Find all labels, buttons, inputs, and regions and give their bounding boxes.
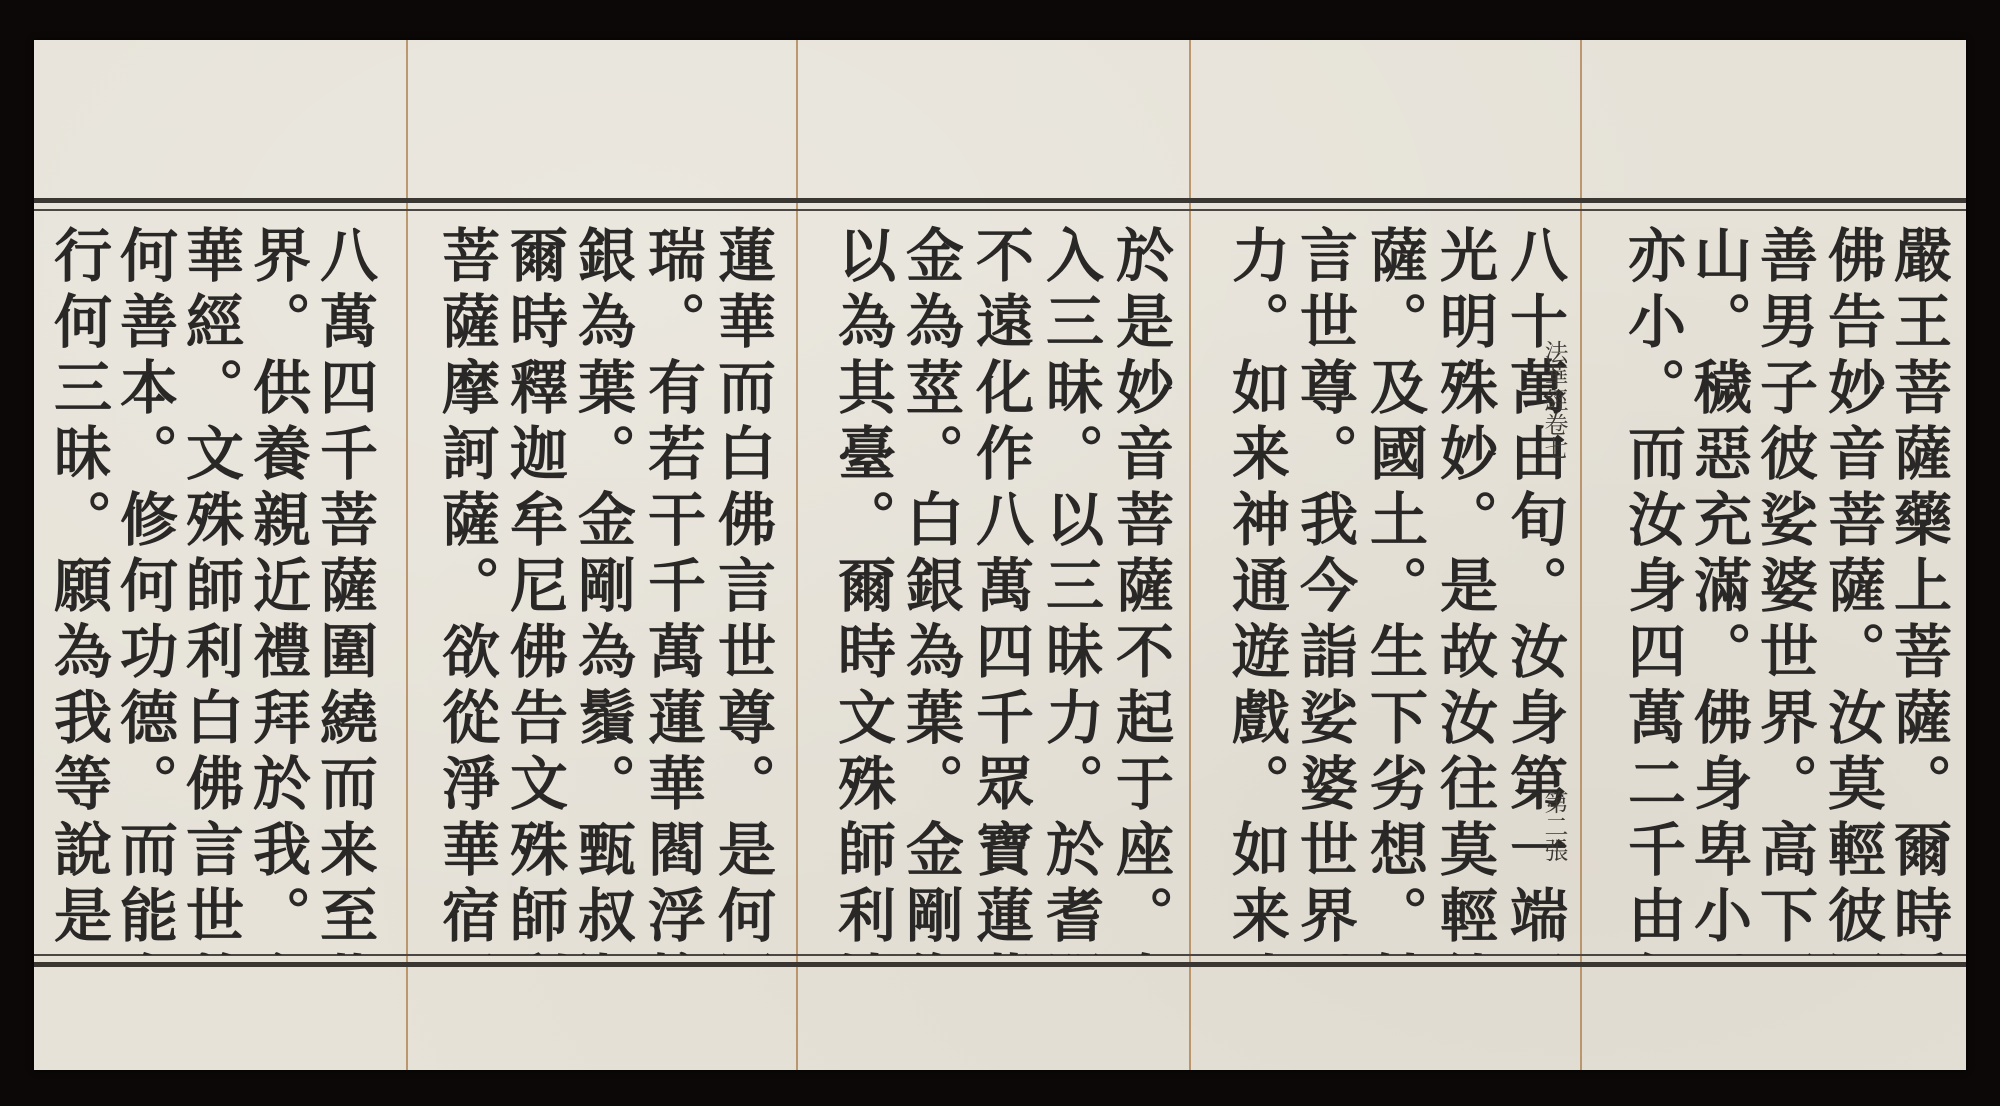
text-column: 山。穢惡充滿。佛身卑小。諸菩薩眾。其形 — [1680, 225, 1756, 955]
paper-sheet: 八萬四千菩薩圍繞而来至此娑婆世 界。供養親近禮拜於我。亦欲供養聽法 華經。文殊師… — [34, 40, 1966, 1070]
text-column: 佛告妙音菩薩。汝莫輕彼國生下劣想。 — [1814, 225, 1890, 955]
top-border-thick — [34, 198, 1966, 203]
fold-line — [796, 40, 798, 1070]
text-column: 薩。及國土。生下劣想。妙音菩薩白其佛 — [1356, 225, 1432, 955]
text-column: 八萬四千菩薩圍繞而来至此娑婆世 — [306, 225, 382, 955]
margin-title: 法華經卷七 — [1540, 340, 1568, 460]
text-column: 銀為葉。金剛為鬚。甄叔迦寶以為其臺。 — [564, 225, 640, 955]
text-column: 以為其臺。爾時文殊師利法王子見是 — [824, 225, 900, 955]
text-column: 爾時釋迦牟尼佛告文殊師利。是妙音 — [496, 225, 572, 955]
margin-page-number: 第二張 — [1540, 790, 1568, 862]
text-column: 力。如来神通遊戲。如来功德智慧莊嚴。 — [1218, 225, 1294, 955]
text-column: 蓮華而白佛言世尊。是何因緣先現此 — [704, 225, 780, 955]
text-column: 不遠化作八萬四千眾寶蓮華閻浮檀 — [962, 225, 1038, 955]
text-column: 善男子彼娑婆世界。高下不平。土石諸 — [1746, 225, 1822, 955]
text-column: 光明殊妙。是故汝往莫輕彼國。若佛菩 — [1426, 225, 1502, 955]
text-column: 行何三昧。願為我等說是三昧名字。我 — [40, 225, 116, 955]
scanned-document: 八萬四千菩薩圍繞而来至此娑婆世 界。供養親近禮拜於我。亦欲供養聽法 華經。文殊師… — [0, 0, 2000, 1106]
text-column: 金為莖。白銀為葉。金剛為鬚。甄叔迦寶 — [892, 225, 968, 955]
text-column: 於是妙音菩薩不起于座。身不動搖。而 — [1102, 225, 1178, 955]
fold-line — [406, 40, 408, 1070]
top-border-thin — [34, 209, 1966, 211]
fold-line — [1189, 40, 1191, 1070]
text-column: 何善本。修何功德。而能有是大神通力。 — [106, 225, 182, 955]
bottom-border-thick — [34, 962, 1966, 967]
text-column: 入三昧。以三昧力。於耆闍崛山。去法座 — [1032, 225, 1108, 955]
text-column: 瑞。有若干千萬蓮華閻浮檀金為莖。白 — [634, 225, 710, 955]
text-column: 言世尊。我今詣娑婆世界。皆是如来之 — [1286, 225, 1362, 955]
text-column: 亦小。而汝身四萬二千由旬。我身六百 — [1614, 225, 1690, 955]
fold-line — [1580, 40, 1582, 1070]
text-column: 界。供養親近禮拜於我。亦欲供養聽法 — [239, 225, 315, 955]
text-column: 嚴王菩薩藥上菩薩。爾時淨華宿王智 — [1880, 225, 1956, 955]
text-column: 華經。文殊師利白佛言世尊。是菩薩種 — [172, 225, 248, 955]
text-column: 菩薩摩訶薩。欲從淨華宿王智佛國與 — [428, 225, 504, 955]
